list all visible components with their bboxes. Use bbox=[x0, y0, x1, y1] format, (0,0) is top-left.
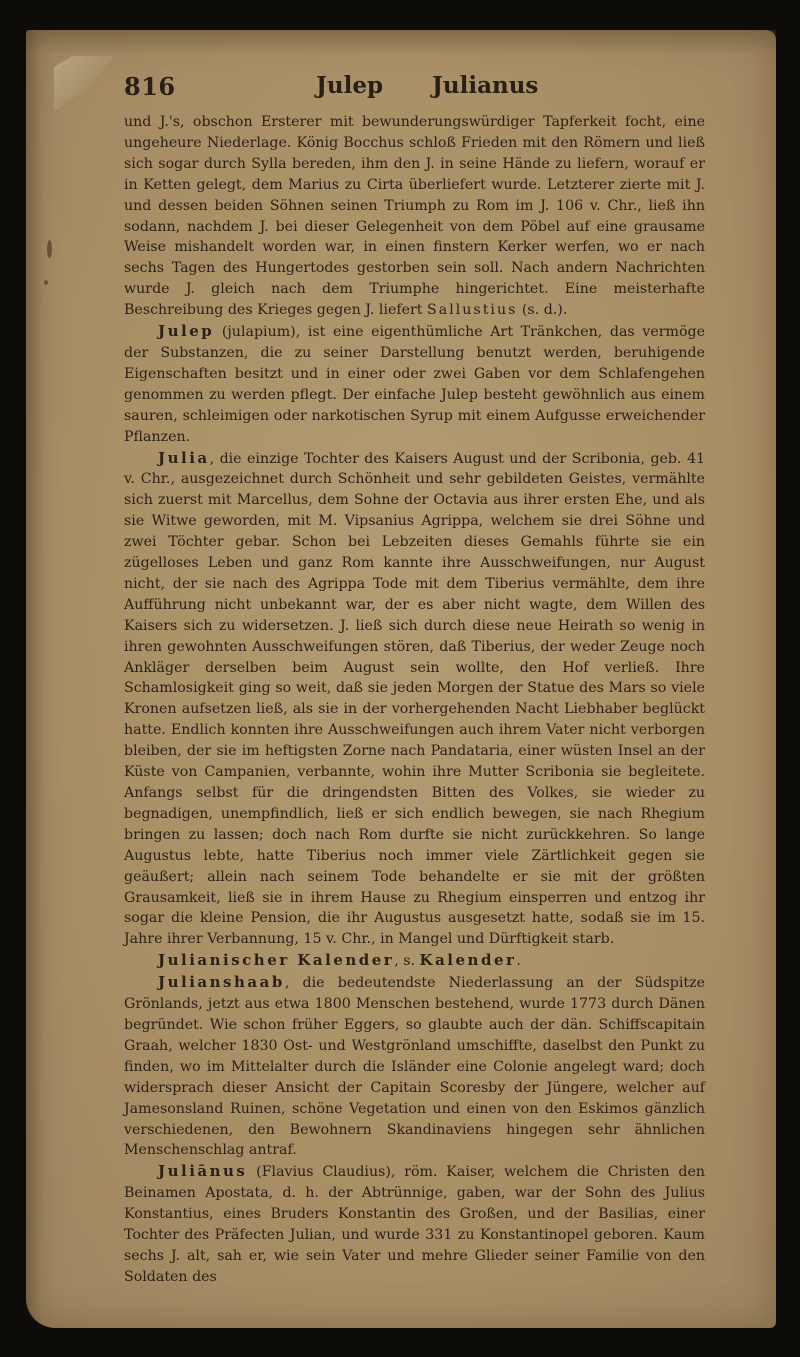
entry-lemma: Julia bbox=[158, 449, 210, 467]
entry-lemma: Julep bbox=[158, 322, 214, 340]
ink-stain bbox=[44, 280, 48, 285]
entry-text: und J.'s, obschon Ersterer mit bewunderu… bbox=[124, 114, 705, 318]
entry-julianus: Juliānus (Flavius Claudius), röm. Kaiser… bbox=[124, 1161, 705, 1287]
entry-text: (Flavius Claudius), röm. Kaiser, welchem… bbox=[124, 1164, 705, 1285]
entry-text: , die einzige Tochter des Kaisers August… bbox=[124, 451, 705, 948]
running-head-last-entry: Julianus bbox=[432, 72, 538, 99]
folded-corner bbox=[54, 56, 114, 111]
running-head-first-entry: Julep bbox=[316, 72, 383, 99]
encyclopedia-text: und J.'s, obschon Ersterer mit bewunderu… bbox=[124, 112, 705, 1288]
scanned-book-page: 816 Julep Julianus und J.'s, obschon Ers… bbox=[0, 0, 800, 1357]
ink-stain bbox=[47, 240, 52, 258]
cross-reference: Kalender bbox=[420, 951, 517, 969]
entry-jugurtha-continued: und J.'s, obschon Ersterer mit bewunderu… bbox=[124, 112, 705, 321]
entry-tail: (s. d.). bbox=[517, 302, 567, 318]
page-header: 816 Julep Julianus bbox=[124, 72, 704, 106]
entry-julianischer-kalender: Julianischer Kalender, s. Kalender. bbox=[124, 950, 705, 972]
entry-julia: Julia, die einzige Tochter des Kaisers A… bbox=[124, 448, 705, 951]
page-number: 816 bbox=[124, 72, 176, 101]
entry-lemma: Julianischer Kalender bbox=[158, 951, 394, 969]
entry-julep: Julep (julapium), ist eine eigenthümlich… bbox=[124, 321, 705, 447]
entry-julianshaab: Julianshaab, die bedeutendste Niederlass… bbox=[124, 972, 705, 1161]
entry-tail: . bbox=[516, 953, 521, 969]
cross-reference: Sallustius bbox=[427, 302, 517, 318]
entry-text: , s. bbox=[394, 953, 419, 969]
entry-lemma: Juliānus bbox=[158, 1162, 247, 1180]
entry-text: (julapium), ist eine eigenthümliche Art … bbox=[124, 324, 705, 445]
entry-text: , die bedeutendste Niederlassung an der … bbox=[124, 975, 705, 1158]
entry-lemma: Julianshaab bbox=[158, 973, 285, 991]
